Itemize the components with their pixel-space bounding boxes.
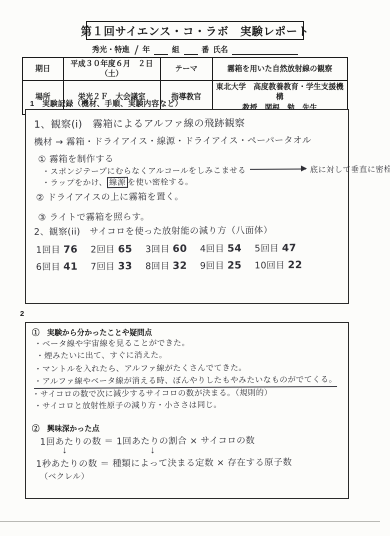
finding-item: ・サイコロの数で次に減少するサイコロの数が決まる。（規則的）: [32, 387, 272, 400]
roll-label: 2回目: [91, 242, 115, 255]
roll-label: 8回目: [145, 259, 169, 272]
formula-note: （ベクレル）: [40, 471, 89, 482]
roll-label: 4回目: [200, 242, 224, 255]
finding-item: ・煙みたいに出て、すぐに消えた。: [36, 350, 167, 362]
roll-value: 25: [227, 260, 241, 271]
theme-value-cell: 霧箱を用いた自然放射線の観察: [212, 58, 347, 81]
step1-bullet1-result: 底に対して垂直に密栓する。: [310, 165, 390, 175]
boxed-word-source: 線源: [107, 177, 127, 188]
formula-line2: 1秒あたりの数 ＝ 種類によって決まる定数 × 存在する原子数: [36, 455, 292, 470]
step1-bullet1: ・スポンジテープにむらなくアルコールをしみこませる底に対して垂直に密栓する。: [42, 164, 390, 178]
separator-slash: [134, 45, 138, 55]
step1-bullet2-suffix: を使い密栓する。: [127, 177, 193, 186]
dice-roll: 2回目65: [91, 242, 133, 255]
number-label: 番: [202, 44, 210, 55]
roll-value: 41: [63, 262, 77, 273]
step3-note: ③ ライトで霧箱を照らす。: [38, 210, 150, 224]
roll-value: 32: [173, 261, 187, 272]
table-row: 期日 平成３０年度６月 ２日（土） テーマ 霧箱を用いた自然放射線の観察: [23, 58, 348, 81]
roll-label: 6回目: [36, 260, 60, 273]
step1-note: ① 霧箱を制作する: [38, 152, 114, 166]
observation1-title: 1、観察(i) 霧箱によるアルファ線の飛跡観察: [34, 114, 245, 130]
dice-roll: 8回目32: [145, 259, 187, 272]
dice-results-row1: 1回目76 2回目65 3回目60 4回目54 5回目47: [36, 241, 296, 256]
year-label: 年: [143, 44, 151, 55]
section1-heading: 1 実験記録（機材、手順、実験内容など）: [30, 98, 183, 109]
step1-bullet2: ・ラップをかけ、線源を使い密栓する。: [42, 176, 193, 188]
class-label: 組: [172, 44, 180, 55]
section2-number: 2: [20, 309, 24, 318]
roll-value: 60: [173, 244, 187, 255]
down-arrow-icon: ↓: [150, 445, 155, 456]
roll-label: 1回目: [36, 243, 60, 256]
roll-value: 22: [288, 260, 302, 271]
observation2-title: 2、観察(ii) サイコロを使った放射能の減り方（八面体）: [34, 223, 273, 238]
section1-notes-box: 1、観察(i) 霧箱によるアルファ線の飛跡観察 機材 → 霧箱・ドライアイス・線…: [25, 109, 349, 304]
roll-label: 9回目: [200, 259, 224, 272]
year-blank-line: [154, 46, 168, 55]
interest-heading: ② 興味深かった点: [32, 423, 100, 434]
report-title-box: 第１回サイエンス・コ・ラボ 実験レポート: [86, 21, 304, 40]
roll-label: 5回目: [255, 241, 279, 254]
roll-value: 33: [118, 261, 132, 272]
report-page: 第１回サイエンス・コ・ラボ 実験レポート 秀光・特進 年 組 番 氏名 期日 平…: [0, 0, 390, 536]
formula-line1: 1回あたりの数 ＝ 1回あたりの割合 × サイコロの数: [40, 433, 255, 447]
roll-label: 7回目: [91, 259, 115, 272]
dice-roll: 10回目22: [255, 258, 303, 271]
theme-label-cell: テーマ: [160, 58, 212, 81]
dice-roll: 5回目47: [255, 241, 297, 254]
dice-roll: 4回目54: [200, 241, 242, 254]
findings-heading: ① 実験から分かったことや疑問点: [32, 327, 152, 338]
date-value-cell: 平成３０年度６月 ２日（土）: [63, 58, 160, 81]
course-label: 秀光・特進: [92, 44, 130, 55]
step1-bullet1-text: ・スポンジテープにむらなくアルコールをしみこませる: [42, 166, 246, 176]
scan-edge-line: [0, 521, 380, 522]
instructor-line1: 東北大学 高度教養教育・学生支援機構: [215, 82, 345, 102]
dice-roll: 1回目76: [36, 243, 78, 256]
step1-bullet2-prefix: ・ラップをかけ、: [42, 178, 107, 187]
roll-label: 3回目: [145, 242, 169, 255]
finding-item: ・マントルを入れたら、アルファ線がたくさんでてきた。: [34, 362, 247, 374]
dice-roll: 3回目60: [145, 242, 187, 255]
student-info-line: 秀光・特進 年 組 番 氏名: [92, 44, 322, 55]
roll-label: 10回目: [255, 258, 285, 271]
dice-results-row2: 6回目41 7回目33 8回目32 9回目25 10回目22: [36, 258, 302, 273]
date-label-cell: 期日: [23, 58, 64, 81]
page-title: 第１回サイエンス・コ・ラボ 実験レポート: [81, 23, 309, 39]
section2-notes-box: ① 実験から分かったことや疑問点 ・ベータ線や宇宙線を見ることができた。 ・煙み…: [25, 322, 349, 499]
finding-item: ・ベータ線や宇宙線を見ることができた。: [34, 337, 190, 349]
arrow-right-icon: [250, 168, 306, 169]
dice-roll: 7回目33: [91, 259, 133, 272]
dice-roll: 9回目25: [200, 258, 242, 271]
name-label: 氏名: [213, 44, 228, 55]
step2-note: ② ドライアイスの上に霧箱を置く。: [36, 189, 184, 203]
dice-roll: 6回目41: [36, 260, 78, 273]
name-blank-line: [232, 46, 298, 55]
finding-item: ・サイコロと放射性原子の減り方・小ささは同じ。: [34, 399, 222, 411]
equipment-list: 機材 → 霧箱・ドライアイス・線源・ドライアイス・ペーパータオル: [34, 133, 311, 148]
roll-value: 65: [118, 244, 132, 255]
class-blank-line: [184, 46, 198, 55]
roll-value: 76: [63, 245, 77, 256]
roll-value: 54: [227, 243, 241, 254]
roll-value: 47: [282, 243, 296, 254]
down-arrow-icon: ↓: [62, 445, 67, 456]
